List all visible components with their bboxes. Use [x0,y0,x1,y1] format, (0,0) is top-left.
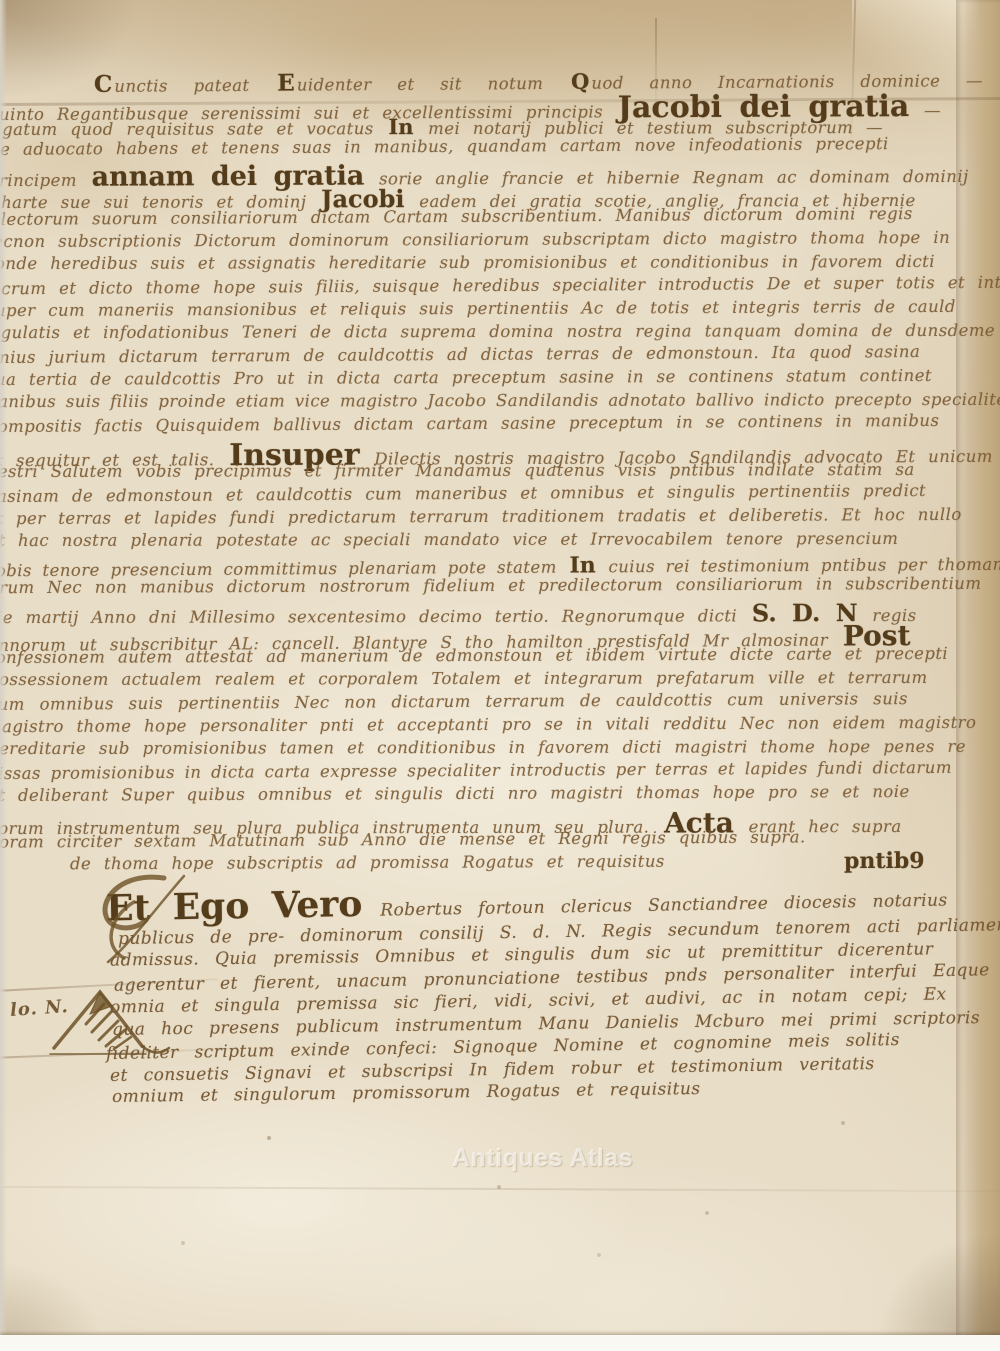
manuscript-run: magistro thome hope personaliter pnti et… [0,713,976,736]
manuscript-line: sonde heredibus suis et assignatis hered… [0,252,935,273]
manuscript-run: possessionem actualem realem et corporal… [0,668,928,689]
initial-flourish-icon [92,872,222,967]
manuscript-line: cum omnibus suis pertinentiis Nec non di… [0,689,908,714]
manuscript-line: compositis factis Quisquidem ballivus di… [0,411,939,436]
manuscript-line: unius jurium dictarum terrarum de cauldc… [0,342,920,367]
manuscript-line: vestri Salutem vobis precipimus et firmi… [0,460,915,481]
manuscript-line: sacrum et dicto thome hope suis filiis, … [0,273,1000,299]
manuscript-run: sacrum et dicto thome hope suis filiis, … [0,273,1000,299]
manuscript-run: rigatum quod requisitus sate et vocatus [0,119,386,139]
manuscript-run: cum omnibus suis pertinentiis Nec non di… [0,689,908,714]
manuscript-run: nrum Nec non manibus dictorum nostrorum … [0,574,982,597]
manuscript-run: manibus suis filiis proinde etiam vice m… [0,390,1000,411]
manuscript-run: regulatis et infodationibus Teneri de di… [0,321,995,342]
scan-background-bottom [0,1335,1000,1351]
engrossed-word: In [386,114,415,139]
manuscript-line: horam circiter sextam Matutinam sub Anno… [0,827,806,851]
manuscript-run: missas promisionibus in dicta carta expr… [0,758,952,783]
manuscript-run: et deliberant Super quibus omnibus et si… [0,782,910,805]
manuscript-run: unius jurium dictarum terrarum de cauldc… [0,342,920,367]
manuscript-run: confessionem autem attestat ad manerium … [0,644,948,667]
manuscript-line: hereditarie sub promisionibus tamen et c… [0,737,966,758]
engrossed-word: pntib9 [842,848,927,874]
manuscript-text-block: Cunctis pateat Euidenter et sit notum Qu… [0,0,1000,1337]
manuscript-run: Robertus fortoun clericus Sanctiandree d… [364,890,947,920]
manuscript-line: magistro thome hope personaliter pnti et… [0,713,976,736]
manuscript-run: hereditarie sub promisionibus tamen et c… [0,737,966,758]
manuscript-line: sua tertia de cauldcottis Pro ut in dict… [0,366,932,389]
manuscript-line: confessionem autem attestat ad manerium … [0,644,948,667]
manuscript-run: sua tertia de cauldcottis Pro ut in dict… [0,366,932,389]
manuscript-line: manibus suis filiis proinde etiam vice m… [0,390,1000,411]
manuscript-line: necnon subscriptionis Dictorum dominorum… [0,228,950,251]
manuscript-run: super cum maneriis mansionibus et reliqu… [0,297,956,320]
manuscript-line: pntib9 [842,848,927,874]
manuscript-run: horam circiter sextam Matutinam sub Anno… [0,827,806,851]
manuscript-line: et per terras et lapides fundi predictar… [0,505,962,528]
manuscript-line: super cum maneriis mansionibus et reliqu… [0,297,956,320]
manuscript-run: necnon subscriptionis Dictorum dominorum… [0,228,950,251]
manuscript-line: sasinam de edmonstoun et cauldcottis cum… [0,481,926,506]
manuscript-line: de thoma hope subscriptis ad promissa Ro… [70,852,665,874]
manuscript-line: missas promisionibus in dicta carta expr… [0,758,952,783]
manuscript-scan: Cunctis pateat Euidenter et sit notum Qu… [0,0,1000,1351]
manuscript-run: — [911,101,941,120]
manuscript-line: possessionem actualem realem et corporal… [0,668,928,689]
manuscript-line: nrum Nec non manibus dictorum nostrorum … [0,574,982,597]
manuscript-line: regulatis et infodationibus Teneri de di… [0,321,995,342]
manuscript-run: sonde heredibus suis et assignatis hered… [0,252,935,273]
margin-note: lo. N. [9,996,69,1021]
manuscript-line: et hac nostra plenaria potestate ac spec… [0,529,898,550]
manuscript-run: de thoma hope subscriptis ad promissa Ro… [70,852,665,874]
manuscript-run: vestri Salutem vobis precipimus et firmi… [0,460,915,481]
manuscript-line: et deliberant Super quibus omnibus et si… [0,782,910,805]
manuscript-run: et hac nostra plenaria potestate ac spec… [0,529,898,550]
manuscript-run: sasinam de edmonstoun et cauldcottis cum… [0,481,926,506]
manuscript-run: et per terras et lapides fundi predictar… [0,505,962,528]
manuscript-run: compositis factis Quisquidem ballivus di… [0,411,939,436]
watermark-text: Antiques Atlas [452,1144,633,1173]
